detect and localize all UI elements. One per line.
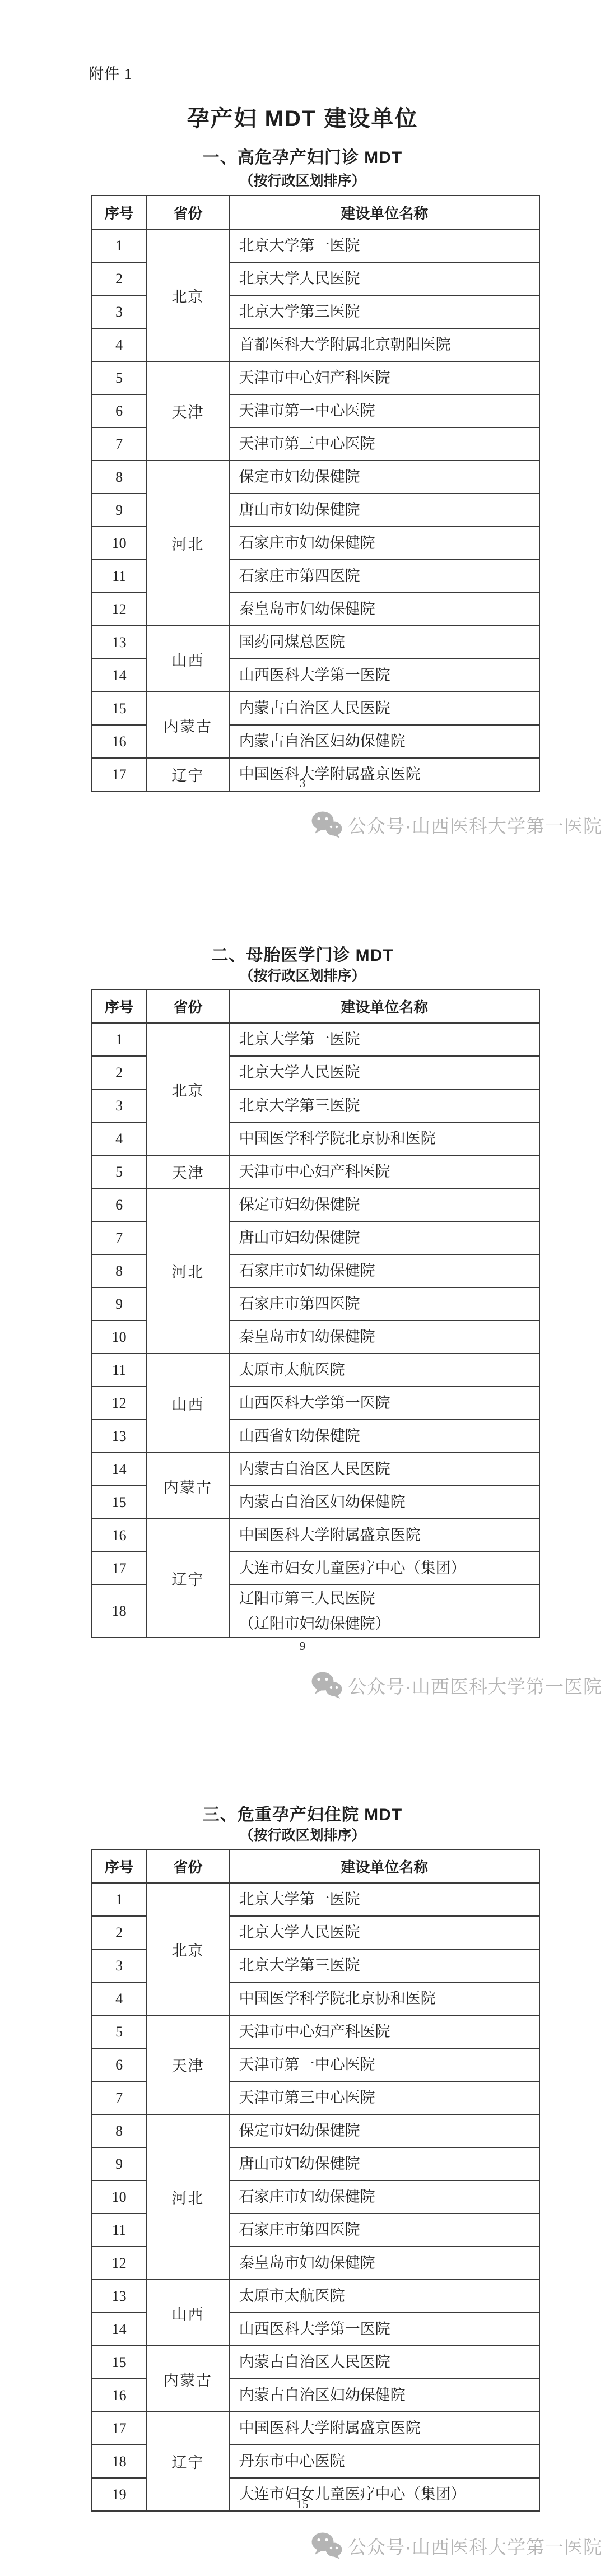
unit-name-cell: 石家庄市妇幼保健院 — [230, 527, 539, 560]
unit-name-cell: 石家庄市妇幼保健院 — [230, 2180, 539, 2214]
row-number-cell: 4 — [92, 328, 146, 361]
row-number-cell: 3 — [92, 295, 146, 328]
row-number-cell: 5 — [92, 361, 146, 394]
unit-name-cell: 北京大学第三医院 — [230, 295, 539, 328]
table-row: 15内蒙古内蒙古自治区人民医院 — [92, 692, 539, 725]
row-number-cell: 6 — [92, 2048, 146, 2081]
row-number-cell: 10 — [92, 2180, 146, 2214]
col-header-province: 省份 — [146, 196, 229, 229]
section-subheading: （按行政区划排序） — [0, 170, 605, 190]
row-number-cell: 12 — [92, 2247, 146, 2280]
section-subheading: （按行政区划排序） — [0, 1824, 605, 1844]
unit-name-cell: 保定市妇幼保健院 — [230, 1188, 539, 1221]
watermark: 公众号·山西医科大学第一医院 — [311, 1672, 602, 1699]
row-number-cell: 2 — [92, 1056, 146, 1089]
row-number-cell: 8 — [92, 461, 146, 494]
table-row: 6河北保定市妇幼保健院 — [92, 1188, 539, 1221]
province-cell: 山西 — [146, 2280, 229, 2346]
row-number-cell: 15 — [92, 692, 146, 725]
row-number-cell: 9 — [92, 494, 146, 527]
row-number-cell: 17 — [92, 2412, 146, 2445]
watermark: 公众号·山西医科大学第一医院 — [311, 2532, 602, 2559]
unit-name-cell: 天津市中心妇产科医院 — [230, 1155, 539, 1188]
row-number-cell: 2 — [92, 262, 146, 295]
document-page: 附件 1 孕产妇 MDT 建设单位 一、高危孕产妇门诊 MDT（按行政区划排序）… — [0, 0, 605, 2576]
province-cell: 内蒙古 — [146, 1453, 229, 1519]
row-number-cell: 16 — [92, 725, 146, 758]
unit-name-cell: 北京大学人民医院 — [230, 1056, 539, 1089]
row-number-cell: 3 — [92, 1089, 146, 1122]
table-row: 5天津天津市中心妇产科医院 — [92, 361, 539, 394]
province-cell: 辽宁 — [146, 2412, 229, 2511]
mdt-table: 序号省份建设单位名称1北京北京大学第一医院2北京大学人民医院3北京大学第三医院4… — [91, 1849, 540, 2512]
province-cell: 山西 — [146, 626, 229, 692]
unit-name-cell: 天津市第三中心医院 — [230, 2081, 539, 2114]
row-number-cell: 13 — [92, 1420, 146, 1453]
unit-name-cell: 北京大学第一医院 — [230, 1883, 539, 1916]
row-number-cell: 4 — [92, 1982, 146, 2015]
unit-name-cell: 中国医学科学院北京协和医院 — [230, 1982, 539, 2015]
table-row: 17辽宁中国医科大学附属盛京医院 — [92, 2412, 539, 2445]
table-head: 序号省份建设单位名称 — [92, 989, 539, 1023]
province-cell: 内蒙古 — [146, 692, 229, 758]
unit-name-cell: 丹东市中心医院 — [230, 2445, 539, 2478]
unit-name-cell: 中国医科大学附属盛京医院 — [230, 1519, 539, 1552]
wechat-icon — [311, 811, 343, 838]
watermark-text: 公众号·山西医科大学第一医院 — [348, 1672, 602, 1699]
col-header-province: 省份 — [146, 989, 229, 1023]
table-head: 序号省份建设单位名称 — [92, 196, 539, 229]
unit-name-cell: 山西医科大学第一医院 — [230, 659, 539, 692]
table-head: 序号省份建设单位名称 — [92, 1849, 539, 1883]
col-header-province: 省份 — [146, 1849, 229, 1883]
col-header-unit-name: 建设单位名称 — [230, 196, 539, 229]
unit-name-cell: 天津市第一中心医院 — [230, 394, 539, 427]
table-header-row: 序号省份建设单位名称 — [92, 1849, 539, 1883]
section-heading: 三、危重孕产妇住院 MDT — [0, 1801, 605, 1825]
unit-name-cell: 中国医学科学院北京协和医院 — [230, 1122, 539, 1155]
col-header-unit-name: 建设单位名称 — [230, 989, 539, 1023]
row-number-cell: 11 — [92, 2214, 146, 2247]
row-number-cell: 18 — [92, 1585, 146, 1638]
row-number-cell: 5 — [92, 1155, 146, 1188]
row-number-cell: 1 — [92, 229, 146, 262]
row-number-cell: 9 — [92, 1287, 146, 1320]
table-body: 1北京北京大学第一医院2北京大学人民医院3北京大学第三医院4首都医科大学附属北京… — [92, 229, 539, 791]
row-number-cell: 13 — [92, 626, 146, 659]
row-number-cell: 16 — [92, 2379, 146, 2412]
table-row: 5天津天津市中心妇产科医院 — [92, 2015, 539, 2048]
unit-name-cell: 内蒙古自治区妇幼保健院 — [230, 1486, 539, 1519]
unit-name-cell: 北京大学第三医院 — [230, 1089, 539, 1122]
unit-name-cell: 山西医科大学第一医院 — [230, 2313, 539, 2346]
unit-name-cell: 大连市妇女儿童医疗中心（集团） — [230, 1552, 539, 1585]
row-number-cell: 11 — [92, 1354, 146, 1387]
row-number-cell: 14 — [92, 659, 146, 692]
row-number-cell: 8 — [92, 1254, 146, 1287]
row-number-cell: 7 — [92, 2081, 146, 2114]
col-header-no: 序号 — [92, 196, 146, 229]
unit-name-cell: 天津市中心妇产科医院 — [230, 361, 539, 394]
page-title: 孕产妇 MDT 建设单位 — [0, 101, 605, 133]
table-row: 5天津天津市中心妇产科医院 — [92, 1155, 539, 1188]
unit-name-cell: 辽阳市第三人民医院 （辽阳市妇幼保健院） — [230, 1585, 539, 1638]
unit-name-cell: 中国医科大学附属盛京医院 — [230, 2412, 539, 2445]
unit-name-cell: 北京大学第一医院 — [230, 229, 539, 262]
row-number-cell: 14 — [92, 2313, 146, 2346]
table-row: 8河北保定市妇幼保健院 — [92, 2114, 539, 2147]
watermark: 公众号·山西医科大学第一医院 — [311, 811, 602, 838]
table-header-row: 序号省份建设单位名称 — [92, 989, 539, 1023]
row-number-cell: 11 — [92, 560, 146, 593]
unit-name-cell: 山西省妇幼保健院 — [230, 1420, 539, 1453]
watermark-text: 公众号·山西医科大学第一医院 — [348, 2533, 602, 2559]
watermark-text: 公众号·山西医科大学第一医院 — [348, 812, 602, 838]
unit-name-cell: 北京大学人民医院 — [230, 262, 539, 295]
table-row: 13山西太原市太航医院 — [92, 2280, 539, 2313]
province-cell: 天津 — [146, 361, 229, 461]
row-number-cell: 3 — [92, 1949, 146, 1982]
wechat-icon — [311, 1672, 343, 1699]
table-row: 8河北保定市妇幼保健院 — [92, 461, 539, 494]
attachment-label: 附件 1 — [89, 62, 132, 83]
wechat-icon — [311, 2532, 343, 2559]
row-number-cell: 9 — [92, 2147, 146, 2180]
province-cell: 河北 — [146, 461, 229, 626]
unit-name-cell: 石家庄市第四医院 — [230, 2214, 539, 2247]
unit-name-cell: 天津市第三中心医院 — [230, 427, 539, 461]
province-cell: 北京 — [146, 1023, 229, 1155]
unit-name-cell: 天津市中心妇产科医院 — [230, 2015, 539, 2048]
section-subheading: （按行政区划排序） — [0, 965, 605, 985]
unit-name-cell: 秦皇岛市妇幼保健院 — [230, 1320, 539, 1354]
unit-name-cell: 内蒙古自治区妇幼保健院 — [230, 2379, 539, 2412]
row-number-cell: 4 — [92, 1122, 146, 1155]
unit-name-cell: 山西医科大学第一医院 — [230, 1387, 539, 1420]
province-cell: 河北 — [146, 1188, 229, 1354]
row-number-cell: 10 — [92, 527, 146, 560]
col-header-no: 序号 — [92, 989, 146, 1023]
unit-name-cell: 内蒙古自治区人民医院 — [230, 1453, 539, 1486]
section-heading: 一、高危孕产妇门诊 MDT — [0, 143, 605, 168]
table-row: 14内蒙古内蒙古自治区人民医院 — [92, 1453, 539, 1486]
unit-name-cell: 太原市太航医院 — [230, 2280, 539, 2313]
table-header-row: 序号省份建设单位名称 — [92, 196, 539, 229]
unit-name-cell: 保定市妇幼保健院 — [230, 461, 539, 494]
unit-name-cell: 石家庄市第四医院 — [230, 1287, 539, 1320]
province-cell: 北京 — [146, 229, 229, 361]
table-row: 1北京北京大学第一医院 — [92, 1883, 539, 1916]
mdt-table: 序号省份建设单位名称1北京北京大学第一医院2北京大学人民医院3北京大学第三医院4… — [91, 989, 540, 1638]
row-number-cell: 13 — [92, 2280, 146, 2313]
row-number-cell: 7 — [92, 1221, 146, 1254]
unit-name-cell: 唐山市妇幼保健院 — [230, 494, 539, 527]
unit-name-cell: 内蒙古自治区人民医院 — [230, 2346, 539, 2379]
unit-name-cell: 国药同煤总医院 — [230, 626, 539, 659]
row-number-cell: 10 — [92, 1320, 146, 1354]
province-cell: 山西 — [146, 1354, 229, 1453]
unit-name-cell: 石家庄市第四医院 — [230, 560, 539, 593]
row-number-cell: 6 — [92, 1188, 146, 1221]
province-cell: 天津 — [146, 1155, 229, 1188]
province-cell: 河北 — [146, 2114, 229, 2280]
mdt-table: 序号省份建设单位名称1北京北京大学第一医院2北京大学人民医院3北京大学第三医院4… — [91, 195, 540, 792]
row-number-cell: 1 — [92, 1883, 146, 1916]
table-row: 1北京北京大学第一医院 — [92, 1023, 539, 1056]
unit-name-cell: 秦皇岛市妇幼保健院 — [230, 593, 539, 626]
table-body: 1北京北京大学第一医院2北京大学人民医院3北京大学第三医院4中国医学科学院北京协… — [92, 1883, 539, 2511]
row-number-cell: 14 — [92, 1453, 146, 1486]
row-number-cell: 7 — [92, 427, 146, 461]
table-row: 15内蒙古内蒙古自治区人民医院 — [92, 2346, 539, 2379]
col-header-unit-name: 建设单位名称 — [230, 1849, 539, 1883]
unit-name-cell: 北京大学第三医院 — [230, 1949, 539, 1982]
col-header-no: 序号 — [92, 1849, 146, 1883]
row-number-cell: 16 — [92, 1519, 146, 1552]
row-number-cell: 8 — [92, 2114, 146, 2147]
table-row: 11山西太原市太航医院 — [92, 1354, 539, 1387]
unit-name-cell: 太原市太航医院 — [230, 1354, 539, 1387]
row-number-cell: 17 — [92, 1552, 146, 1585]
unit-name-cell: 北京大学第一医院 — [230, 1023, 539, 1056]
unit-name-cell: 石家庄市妇幼保健院 — [230, 1254, 539, 1287]
unit-name-cell: 唐山市妇幼保健院 — [230, 1221, 539, 1254]
table-row: 16辽宁中国医科大学附属盛京医院 — [92, 1519, 539, 1552]
section-heading: 二、母胎医学门诊 MDT — [0, 941, 605, 966]
unit-name-cell: 北京大学人民医院 — [230, 1916, 539, 1949]
unit-name-cell: 天津市第一中心医院 — [230, 2048, 539, 2081]
unit-name-cell: 首都医科大学附属北京朝阳医院 — [230, 328, 539, 361]
row-number-cell: 2 — [92, 1916, 146, 1949]
province-cell: 北京 — [146, 1883, 229, 2015]
unit-name-cell: 内蒙古自治区人民医院 — [230, 692, 539, 725]
row-number-cell: 12 — [92, 593, 146, 626]
row-number-cell: 6 — [92, 394, 146, 427]
row-number-cell: 15 — [92, 2346, 146, 2379]
province-cell: 辽宁 — [146, 1519, 229, 1638]
province-cell: 天津 — [146, 2015, 229, 2114]
row-number-cell: 18 — [92, 2445, 146, 2478]
page-number: 3 — [0, 776, 605, 791]
table-row: 1北京北京大学第一医院 — [92, 229, 539, 262]
row-number-cell: 5 — [92, 2015, 146, 2048]
row-number-cell: 15 — [92, 1486, 146, 1519]
unit-name-cell: 内蒙古自治区妇幼保健院 — [230, 725, 539, 758]
unit-name-cell: 秦皇岛市妇幼保健院 — [230, 2247, 539, 2280]
row-number-cell: 12 — [92, 1387, 146, 1420]
row-number-cell: 1 — [92, 1023, 146, 1056]
page-number: 9 — [0, 1639, 605, 1653]
unit-name-cell: 保定市妇幼保健院 — [230, 2114, 539, 2147]
page-number: 15 — [0, 2498, 605, 2512]
province-cell: 内蒙古 — [146, 2346, 229, 2412]
unit-name-cell: 唐山市妇幼保健院 — [230, 2147, 539, 2180]
table-row: 13山西国药同煤总医院 — [92, 626, 539, 659]
table-body: 1北京北京大学第一医院2北京大学人民医院3北京大学第三医院4中国医学科学院北京协… — [92, 1023, 539, 1638]
